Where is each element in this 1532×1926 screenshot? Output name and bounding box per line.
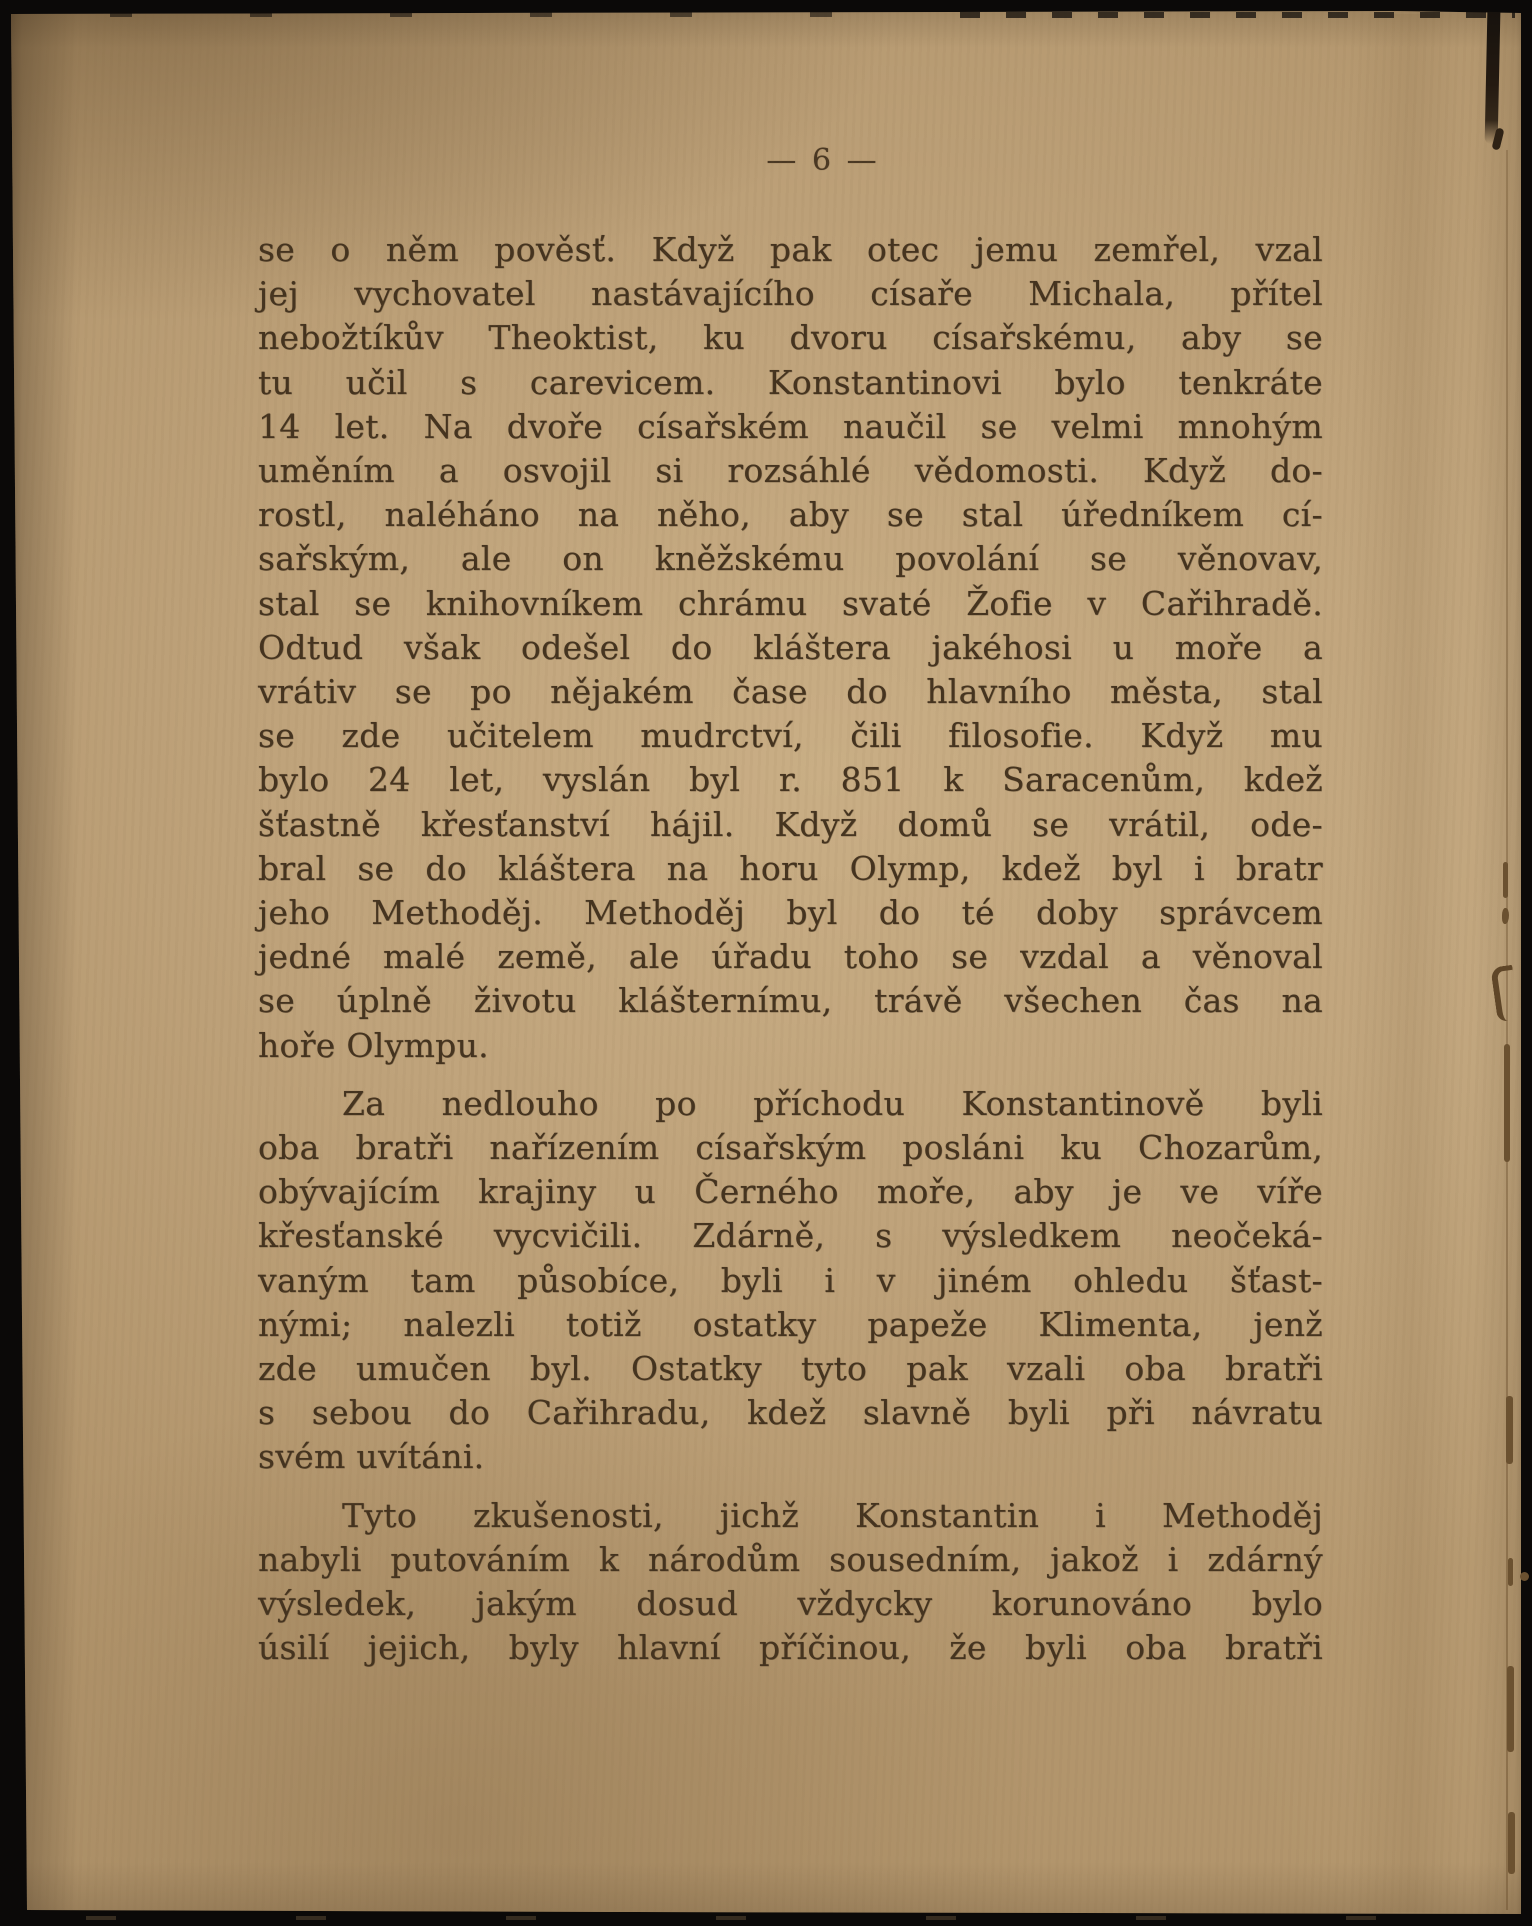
paper-sheet: — 6 — se o něm pověsť. Když pak otec jem… — [0, 0, 1532, 1926]
text-line: hoře Olympu. — [258, 1024, 1323, 1068]
text-line: výsledek, jakým dosud vždycky korunováno… — [258, 1582, 1323, 1626]
paragraph: Za nedlouho po příchodu Konstantinově by… — [258, 1082, 1323, 1480]
text-line: 14 let. Na dvoře císařském naučil se vel… — [258, 405, 1323, 449]
crease-mark — [1507, 1666, 1514, 1752]
text-line: nými; nalezli totiž ostatky papeže Klime… — [258, 1303, 1323, 1347]
text-line: oba bratři nařízením císařským posláni k… — [258, 1126, 1323, 1170]
text-line: Tyto zkušenosti, jichž Konstantin i Meth… — [258, 1494, 1323, 1538]
text-line: Odtud však odešel do kláštera jakéhosi u… — [258, 626, 1323, 670]
ink-smudge-top-right — [1485, 12, 1501, 144]
text-line: se úplně životu klášternímu, trávě všech… — [258, 979, 1323, 1023]
text-line: jedné malé země, ale úřadu toho se vzdal… — [258, 935, 1323, 979]
text-line: nabyli putováním k národům sousedním, ja… — [258, 1538, 1323, 1582]
paragraph: se o něm pověsť. Když pak otec jemu zemř… — [258, 228, 1323, 1068]
page-crease-line — [1506, 150, 1508, 1910]
text-line: uměním a osvojil si rozsáhlé vědomosti. … — [258, 449, 1323, 493]
text-line: svém uvítáni. — [258, 1435, 1323, 1479]
top-edge-dashes-right — [960, 12, 1515, 18]
text-line: vaným tam působíce, byli i v jiném ohled… — [258, 1259, 1323, 1303]
gutter-shadow — [1350, 14, 1460, 1912]
text-line: zde umučen byl. Ostatky tyto pak vzali o… — [258, 1347, 1323, 1391]
text-line: jeho Methoděj. Methoděj byl do té doby s… — [258, 891, 1323, 935]
paragraph: Tyto zkušenosti, jichž Konstantin i Meth… — [258, 1494, 1323, 1671]
text-line: šťastně křesťanství hájil. Když domů se … — [258, 803, 1323, 847]
text-line: rostl, naléháno na něho, aby se stal úře… — [258, 493, 1323, 537]
text-line: křesťanské vycvičili. Zdárně, s výsledke… — [258, 1214, 1323, 1258]
text-line: se o něm pověsť. Když pak otec jemu zemř… — [258, 228, 1323, 272]
crease-mark — [1506, 1396, 1513, 1464]
text-block: se o něm pověsť. Když pak otec jemu zemř… — [258, 228, 1323, 1671]
crease-mark — [1503, 862, 1508, 898]
crease-mark — [1504, 1044, 1510, 1162]
page-number: — 6 — — [733, 144, 913, 178]
text-line: stal se knihovníkem chrámu svaté Žofie v… — [258, 582, 1323, 626]
text-line: Za nedlouho po příchodu Konstantinově by… — [258, 1082, 1323, 1126]
text-line: vrátiv se po nějakém čase do hlavního mě… — [258, 670, 1323, 714]
text-line: bylo 24 let, vyslán byl r. 851 k Saracen… — [258, 758, 1323, 802]
text-line: sařským, ale on kněžskému povolání se vě… — [258, 537, 1323, 581]
crease-mark — [1508, 1812, 1515, 1874]
text-line: tu učil s carevicem. Konstantinovi bylo … — [258, 361, 1323, 405]
text-line: nebožtíkův Theoktist, ku dvoru císařském… — [258, 316, 1323, 360]
text-line: s sebou do Cařihradu, kdež slavně byli p… — [258, 1391, 1323, 1435]
scanned-book-page: — 6 — se o něm pověsť. Když pak otec jem… — [0, 0, 1532, 1926]
top-edge-dashes-left — [110, 12, 900, 17]
crease-mark — [1508, 1558, 1513, 1586]
bottom-edge-dashes — [86, 1916, 1516, 1920]
text-line: se zde učitelem mudrctví, čili filosofie… — [258, 714, 1323, 758]
text-line: úsilí jejich, byly hlavní příčinou, že b… — [258, 1626, 1323, 1670]
text-line: bral se do kláštera na horu Olymp, kdež … — [258, 847, 1323, 891]
text-line: obývajícím krajiny u Černého moře, aby j… — [258, 1170, 1323, 1214]
crease-dot — [1520, 1572, 1529, 1581]
text-line: jej vychovatel nastávajícího císaře Mich… — [258, 272, 1323, 316]
